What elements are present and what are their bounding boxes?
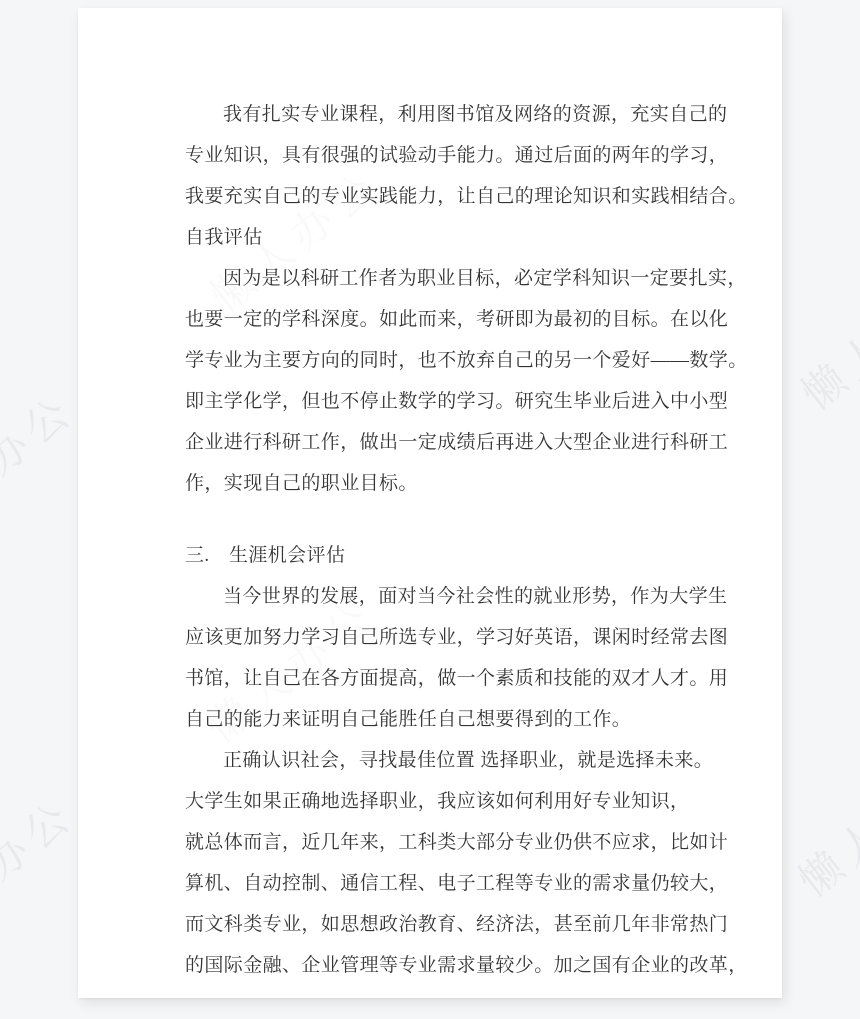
text-line: 因为是以科研工作者为职业目标，必定学科知识一定要扎实，	[185, 258, 691, 299]
text-line: 当今世界的发展，面对当今社会性的就业形势，作为大学生	[185, 576, 691, 617]
document-page: 我有扎实专业课程，利用图书馆及网络的资源，充实自己的专业知识，具有很强的试验动手…	[78, 8, 782, 998]
text-line: 自己的能力来证明自己能胜任自己想要得到的工作。	[185, 699, 691, 740]
text-line: 也要一定的学科深度。如此而来，考研即为最初的目标。在以化	[185, 299, 691, 340]
text-line: 的国际金融、企业管理等专业需求量较少。加之国有企业的改革，	[185, 945, 691, 986]
text-line: 我要充实自己的专业实践能力，让自己的理论知识和实践相结合。	[185, 176, 691, 217]
watermark-text: 懒人办公	[788, 251, 860, 421]
document-body: 我有扎实专业课程，利用图书馆及网络的资源，充实自己的专业知识，具有很强的试验动手…	[185, 94, 691, 986]
text-line: 就总体而言，近几年来，工科类大部分专业仍供不应求，比如计	[185, 822, 691, 863]
text-line: 算机、自动控制、通信工程、电子工程等专业的需求量仍较大，	[185, 863, 691, 904]
text-line: 我有扎实专业课程，利用图书馆及网络的资源，充实自己的	[185, 94, 691, 135]
watermark-text: 懒人办公	[0, 378, 86, 548]
text-line: 书馆，让自己在各方面提高，做一个素质和技能的双才人才。用	[185, 658, 691, 699]
watermark-text: 懒人办公	[785, 738, 860, 908]
text-line: 作，实现自己的职业目标。	[185, 463, 691, 504]
text-line: 正确认识社会，寻找最佳位置 选择职业，就是选择未来。	[185, 740, 691, 781]
text-line: 专业知识，具有很强的试验动手能力。通过后面的两年的学习，	[185, 135, 691, 176]
text-line: 学专业为主要方向的同时，也不放弃自己的另一个爱好——数学。	[185, 340, 691, 381]
text-line: 即主学化学，但也不停止数学的学习。研究生毕业后进入中小型	[185, 381, 691, 422]
text-line: 自我评估	[185, 217, 691, 258]
text-line: 企业进行科研工作，做出一定成绩后再进入大型企业进行科研工	[185, 422, 691, 463]
text-line: 应该更加努力学习自己所选专业，学习好英语，课闲时经常去图	[185, 617, 691, 658]
text-line: 而文科类专业，如思想政治教育、经济法，甚至前几年非常热门	[185, 904, 691, 945]
text-line: 大学生如果正确地选择职业，我应该如何利用好专业知识，	[185, 781, 691, 822]
section-heading: 三. 生涯机会评估	[185, 535, 691, 576]
watermark-text: 懒人办公	[0, 783, 86, 953]
